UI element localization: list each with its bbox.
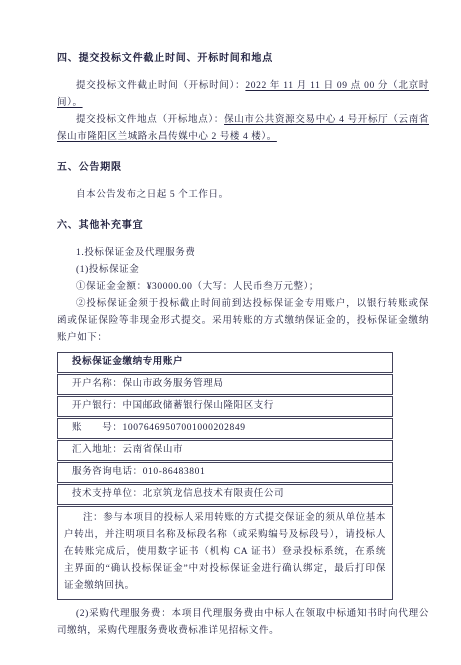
section-five-heading: 五、公告期限 (57, 159, 429, 176)
table-row: 开户银行：中国邮政储蓄银行保山隆阳区支行 (57, 396, 393, 417)
bid-location-label: 提交投标文件地点（开标地点）： (76, 115, 224, 125)
item1-title: 1.投标保证金及代理服务费 (57, 245, 429, 262)
table-row: 开户名称：保山市政务服务管理局 (57, 374, 393, 395)
section-four-heading: 四、提交投标文件截止时间、开标时间和地点 (57, 50, 429, 67)
account-number: 账 号：10076469507001000202849 (57, 418, 393, 439)
account-holder-name: 开户名称：保山市政务服务管理局 (57, 374, 393, 395)
service-phone: 服务咨询电话：010-86483801 (57, 462, 393, 483)
section-six-heading: 六、其他补充事宜 (57, 217, 429, 234)
bid-deadline-paragraph: 提交投标文件截止时间（开标时间）：2022 年 11 月 11 日 09 点 0… (57, 78, 429, 112)
table-row: 注：参与本项目的投标人采用转账的方式提交保证金的须从单位基本户转出，并注明项目名… (57, 506, 393, 600)
account-bank: 开户银行：中国邮政储蓄银行保山隆阳区支行 (57, 396, 393, 417)
bond-note-text: 注：参与本项目的投标人采用转账的方式提交保证金的须从单位基本户转出，并注明项目名… (57, 506, 393, 600)
section-announcement-period: 五、公告期限 自本公告发布之日起 5 个工作日。 (57, 159, 429, 204)
announcement-period-text: 自本公告发布之日起 5 个工作日。 (57, 187, 429, 204)
bid-location-paragraph: 提交投标文件地点（开标地点）：保山市公共资源交易中心 4 号开标厅（云南省保山市… (57, 112, 429, 146)
table-row: 投标保证金缴纳专用账户 (57, 352, 393, 373)
table-row: 服务咨询电话：010-86483801 (57, 462, 393, 483)
bond-amount-text: ①保证金金额：¥30000.00（大写：人民币叁万元整）； (57, 279, 429, 296)
section-submission-deadline: 四、提交投标文件截止时间、开标时间和地点 提交投标文件截止时间（开标时间）：20… (57, 50, 429, 146)
table-row: 汇入地址：云南省保山市 (57, 440, 393, 461)
agency-fee-text: (2)采购代理服务费：本项目代理服务费由中标人在领取中标通知书时向代理公司缴纳，… (57, 606, 429, 640)
table-row: 技术支持单位：北京筑龙信息技术有限责任公司 (57, 484, 393, 505)
remit-address: 汇入地址：云南省保山市 (57, 440, 393, 461)
item1-sub1-title: (1)投标保证金 (57, 262, 429, 279)
account-table-title: 投标保证金缴纳专用账户 (57, 352, 393, 373)
table-row: 账 号：10076469507001000202849 (57, 418, 393, 439)
bond-account-table: 投标保证金缴纳专用账户 开户名称：保山市政务服务管理局 开户银行：中国邮政储蓄银… (57, 351, 393, 601)
bond-payment-text: ②投标保证金须于投标截止时间前到达投标保证金专用账户，以银行转账或保函或保证保险… (57, 296, 429, 347)
section-supplementary-matters: 六、其他补充事宜 1.投标保证金及代理服务费 (1)投标保证金 ①保证金金额：¥… (57, 217, 429, 640)
bid-deadline-label: 提交投标文件截止时间（开标时间）： (76, 81, 245, 91)
tech-support-unit: 技术支持单位：北京筑龙信息技术有限责任公司 (57, 484, 393, 505)
announcement-page: 四、提交投标文件截止时间、开标时间和地点 提交投标文件截止时间（开标时间）：20… (0, 0, 461, 665)
